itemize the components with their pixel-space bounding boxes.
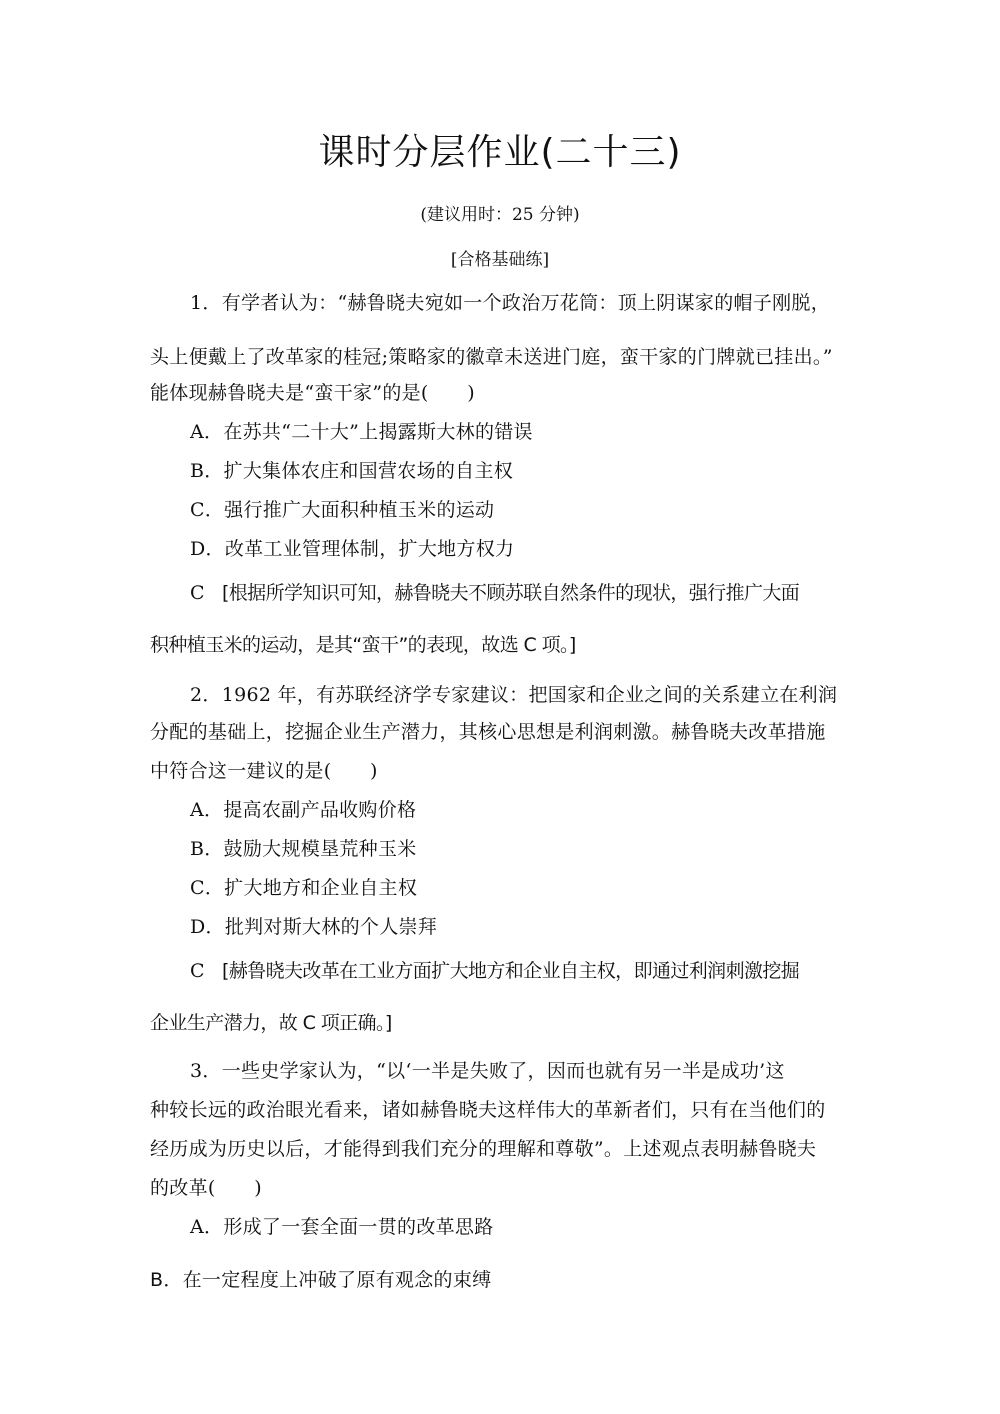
option-a: A．形成了一套全面一贯的改革思路 bbox=[190, 1212, 494, 1239]
question-text: 头上便戴上了改革家的桂冠;策略家的徽章未送进门庭，蛮干家的门牌就已挂出。” bbox=[150, 342, 833, 369]
page-title: 课时分层作业(二十三) bbox=[0, 124, 1000, 175]
answer-explanation: C[赫鲁晓夫改革在工业方面扩大地方和企业自主权，即通过利润刺激挖掘 bbox=[190, 956, 799, 983]
question-text: 能体现赫鲁晓夫是“蛮干家”的是( ) bbox=[150, 378, 475, 405]
option-c: C．扩大地方和企业自主权 bbox=[190, 873, 417, 900]
question-text: 3．一些史学家认为，“以‘一半是失败了，因而也就有另一半是成功’这 bbox=[190, 1056, 785, 1083]
option-c: C．强行推广大面积种植玉米的运动 bbox=[190, 495, 494, 522]
answer-text: [赫鲁晓夫改革在工业方面扩大地方和企业自主权，即通过利润刺激挖掘 bbox=[222, 960, 799, 982]
question-text: 种较长远的政治眼光看来，诸如赫鲁晓夫这样伟大的革新者们，只有在当他们的 bbox=[150, 1095, 826, 1122]
question-text: 分配的基础上，挖掘企业生产潜力，其核心思想是利润刺激。赫鲁晓夫改革措施 bbox=[150, 717, 826, 744]
question-text: 经历成为历史以后，才能得到我们充分的理解和尊敬”。上述观点表明赫鲁晓夫 bbox=[150, 1134, 816, 1161]
option-b: B．在一定程度上冲破了原有观念的束缚 bbox=[150, 1265, 491, 1292]
question-text: 2．1962 年，有苏联经济学专家建议：把国家和企业之间的关系建立在利润 bbox=[190, 680, 837, 707]
answer-letter: C bbox=[190, 960, 204, 982]
answer-letter: C bbox=[190, 582, 204, 604]
option-d: D．批判对斯大林的个人崇拜 bbox=[190, 912, 437, 939]
answer-text: [根据所学知识可知，赫鲁晓夫不顾苏联自然条件的现状，强行推广大面 bbox=[222, 582, 799, 604]
option-b: B．扩大集体农庄和国营农场的自主权 bbox=[190, 456, 513, 483]
question-text: 的改革( ) bbox=[150, 1173, 262, 1200]
option-a: A．在苏共“二十大”上揭露斯大林的错误 bbox=[190, 417, 533, 444]
question-text: 中符合这一建议的是( ) bbox=[150, 756, 378, 783]
option-d: D．改革工业管理体制，扩大地方权力 bbox=[190, 534, 514, 561]
question-text: 1．有学者认为：“赫鲁晓夫宛如一个政治万花筒：顶上阴谋家的帽子刚脱， bbox=[190, 288, 830, 315]
answer-text: 企业生产潜力，故 C 项正确。] bbox=[150, 1008, 392, 1035]
option-a: A．提高农副产品收购价格 bbox=[190, 795, 416, 822]
section-heading: [合格基础练] bbox=[0, 245, 1000, 270]
suggested-time: (建议用时：25 分钟) bbox=[0, 200, 1000, 225]
answer-explanation: C[根据所学知识可知，赫鲁晓夫不顾苏联自然条件的现状，强行推广大面 bbox=[190, 578, 799, 605]
option-b: B．鼓励大规模垦荒种玉米 bbox=[190, 834, 417, 861]
answer-text: 积种植玉米的运动，是其“蛮干”的表现，故选 C 项。] bbox=[150, 630, 576, 657]
